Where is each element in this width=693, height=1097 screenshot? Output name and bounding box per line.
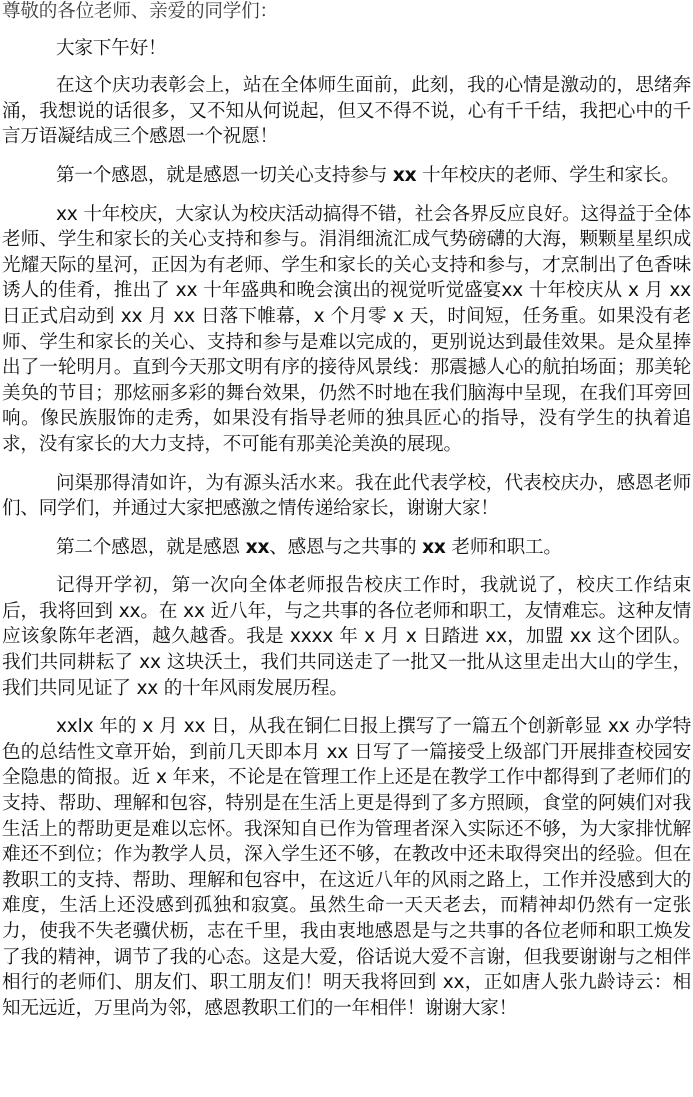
paragraph-first-thanks-body: xx 十年校庆，大家认为校庆活动搞得不错，社会各界反应良好。这得益于全体老师、学… bbox=[2, 202, 691, 458]
paragraph-second-thanks-body-2: xxlx 年的 x 月 xx 日，从我在铜仁日报上撰写了一篇五个创新彰显 xx … bbox=[2, 714, 691, 1021]
text-segment: 在这个庆功表彰会上，站在全体师生面前，此刻，我的心情是激动的，思绪奔涌，我想说的… bbox=[2, 75, 691, 147]
bold-placeholder: xx bbox=[246, 537, 270, 558]
text-segment: xx 十年校庆，大家认为校庆活动搞得不错，社会各界反应良好。这得益于全体老师、学… bbox=[2, 204, 691, 455]
paragraph-list: 在这个庆功表彰会上，站在全体师生面前，此刻，我的心情是激动的，思绪奔涌，我想说的… bbox=[2, 73, 691, 1021]
speech-document: 尊敬的各位老师、亲爱的同学们： 大家下午好！ 在这个庆功表彰会上，站在全体师生面… bbox=[0, 0, 691, 1021]
text-segment: 第二个感恩，就是感恩 bbox=[56, 537, 246, 558]
bold-placeholder: xx bbox=[393, 165, 417, 186]
bold-placeholder: xx bbox=[422, 537, 446, 558]
paragraph-first-thanks-closing: 问渠那得清如许，为有源头活水来。我在此代表学校，代表校庆办，感恩老师们、同学们，… bbox=[2, 471, 691, 522]
paragraph-intro: 在这个庆功表彰会上，站在全体师生面前，此刻，我的心情是激动的，思绪奔涌，我想说的… bbox=[2, 73, 691, 150]
text-segment: 第一个感恩，就是感恩一切关心支持参与 bbox=[56, 165, 393, 186]
paragraph-second-thanks-body-1: 记得开学初，第一次向全体老师报告校庆工作时，我就说了，校庆工作结束后，我将回到 … bbox=[2, 573, 691, 701]
salutation: 尊敬的各位老师、亲爱的同学们： bbox=[2, 0, 691, 25]
paragraph-first-thanks-heading: 第一个感恩，就是感恩一切关心支持参与 xx 十年校庆的老师、学生和家长。 bbox=[2, 163, 691, 189]
text-segment: 问渠那得清如许，为有源头活水来。我在此代表学校，代表校庆办，感恩老师们、同学们，… bbox=[2, 473, 691, 520]
text-segment: 老师和职工。 bbox=[446, 537, 562, 558]
text-segment: 记得开学初，第一次向全体老师报告校庆工作时，我就说了，校庆工作结束后，我将回到 … bbox=[2, 575, 691, 698]
text-segment: 十年校庆的老师、学生和家长。 bbox=[416, 165, 679, 186]
paragraph-second-thanks-heading: 第二个感恩，就是感恩 xx、感恩与之共事的 xx 老师和职工。 bbox=[2, 535, 691, 561]
text-segment: 、感恩与之共事的 bbox=[269, 537, 422, 558]
text-segment: xxlx 年的 x 月 xx 日，从我在铜仁日报上撰写了一篇五个创新彰显 xx … bbox=[2, 716, 691, 1019]
greeting: 大家下午好！ bbox=[2, 36, 691, 62]
